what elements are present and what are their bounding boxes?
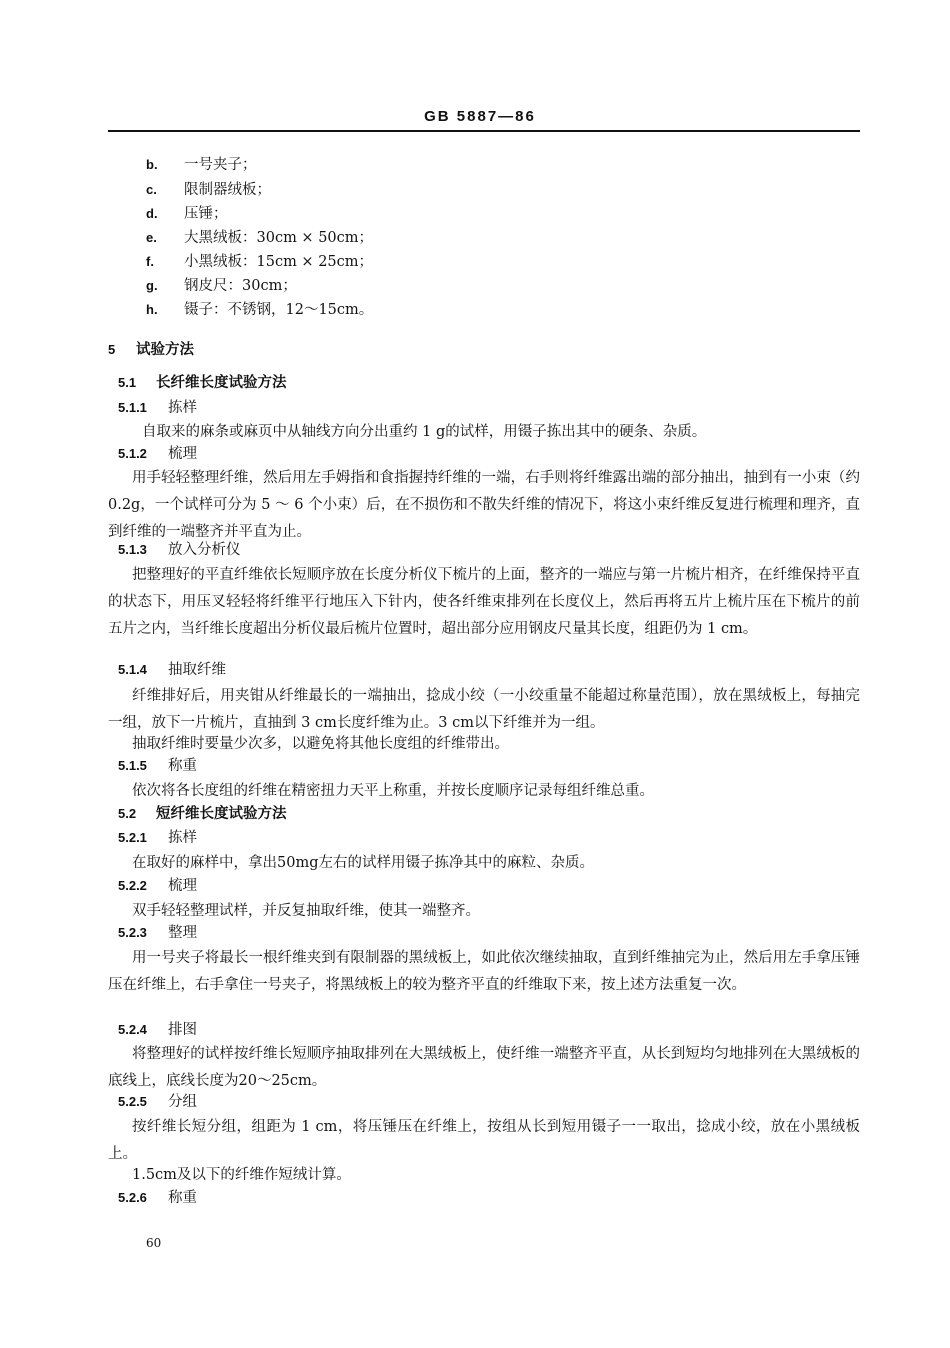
paragraph: 按纤维长短分组，组距为 1 cm，将压锤压在纤维上，按组从长到短用镊子一一取出，… <box>108 1114 860 1168</box>
paragraph: 双手轻轻整理试样，并反复抽取纤维，使其一端整齐。 <box>108 898 860 925</box>
list-item: g.钢皮尺：30cm； <box>146 276 297 296</box>
list-item: b.一号夹子； <box>146 155 257 175</box>
section-heading: 5.2短纤维长度试验方法 <box>118 804 287 824</box>
paragraph: 1.5cm及以下的纤维作短绒计算。 <box>108 1162 860 1189</box>
paragraph: 将整理好的试样按纤维长短顺序抽取排列在大黑绒板上，使纤维一端整齐平直，从长到短均… <box>108 1041 860 1095</box>
section-heading: 5.2.3整理 <box>118 923 197 943</box>
list-item: c.限制器绒板； <box>146 180 271 200</box>
list-item: f.小黑绒板：15cm × 25cm； <box>146 252 373 272</box>
section-heading: 5.1.5称重 <box>118 756 197 776</box>
paragraph: 把整理好的平直纤维依长短顺序放在长度分析仪下梳片的上面，整齐的一端应与第一片梳片… <box>108 562 860 643</box>
paragraph: 用一号夹子将最长一根纤维夹到有限制器的黑绒板上，如此依次继续抽取，直到纤维抽完为… <box>108 945 860 999</box>
page-number: 60 <box>146 1236 161 1250</box>
section-heading: 5.2.1拣样 <box>118 828 197 848</box>
document-page: GB 5887—86 b.一号夹子； c.限制器绒板； d.压锤； e.大黑绒板… <box>0 0 950 1348</box>
paragraph: 在取好的麻样中，拿出50mg左右的试样用镊子拣净其中的麻粒、杂质。 <box>108 850 860 877</box>
section-heading: 5.1.3放入分析仪 <box>118 540 241 560</box>
header-rule <box>108 130 860 132</box>
list-item: d.压锤； <box>146 204 228 224</box>
section-heading: 5.2.5分组 <box>118 1092 197 1112</box>
section-heading: 5.1.4抽取纤维 <box>118 660 226 680</box>
paragraph: 用手轻轻整理纤维，然后用左手姆指和食指握持纤维的一端，右手则将纤维露出端的部分抽… <box>108 465 860 546</box>
section-heading: 5.1.1拣样 <box>118 398 197 418</box>
section-heading: 5.1.2梳理 <box>118 444 197 464</box>
paragraph: 自取来的麻条或麻页中从轴线方向分出重约 1 g的试样，用镊子拣出其中的硬条、杂质… <box>118 419 860 446</box>
paragraph: 纤维排好后，用夹钳从纤维最长的一端抽出，捻成小绞（一小绞重量不能超过称量范围），… <box>108 683 860 737</box>
standard-code-header: GB 5887—86 <box>0 108 950 125</box>
section-heading: 5.2.6称重 <box>118 1188 197 1208</box>
section-heading: 5.1长纤维长度试验方法 <box>118 373 287 393</box>
list-item: e.大黑绒板：30cm × 50cm； <box>146 228 373 248</box>
section-heading: 5.2.4排图 <box>118 1020 197 1040</box>
list-item: h.镊子：不锈钢，12～15cm。 <box>146 300 373 320</box>
paragraph: 抽取纤维时要量少次多，以避免将其他长度组的纤维带出。 <box>108 731 860 758</box>
paragraph: 依次将各长度组的纤维在精密扭力天平上称重，并按长度顺序记录每组纤维总重。 <box>108 778 860 805</box>
section-heading: 5.2.2梳理 <box>118 876 197 896</box>
section-heading: 5试验方法 <box>108 340 194 360</box>
